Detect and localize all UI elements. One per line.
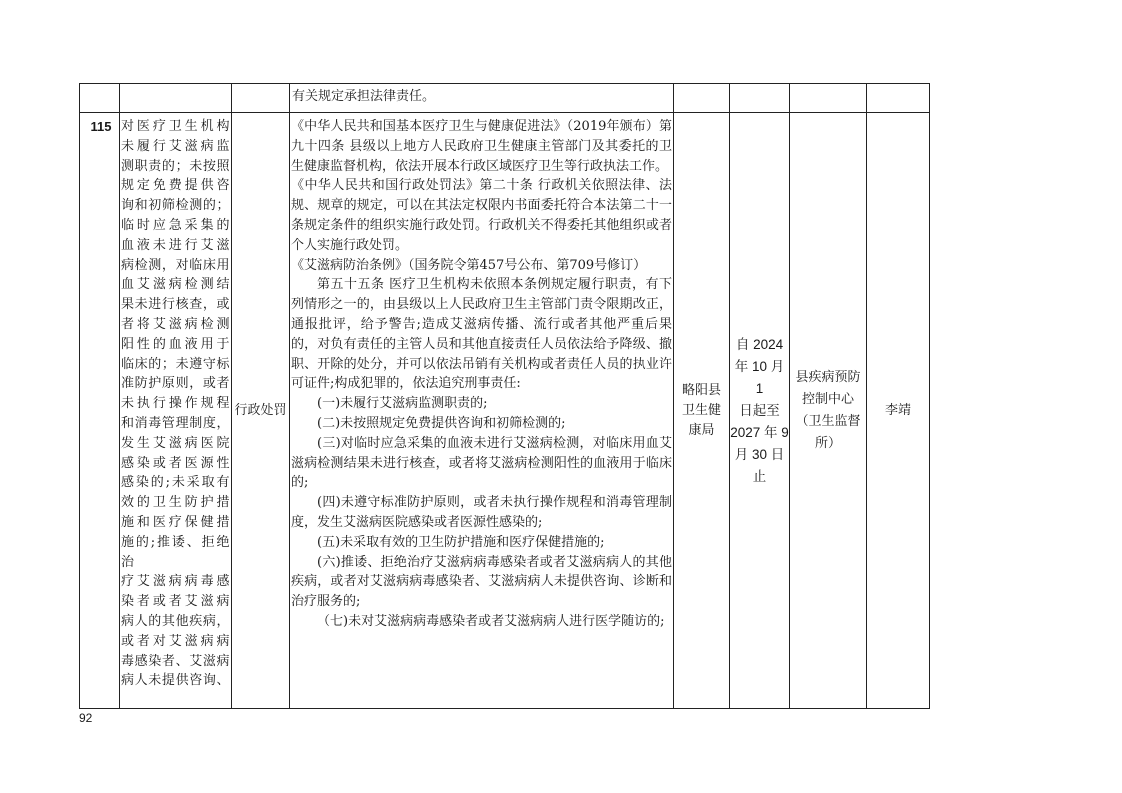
authority-line: 略阳县 — [682, 381, 721, 401]
entrusted-line: 县疾病预防 — [795, 367, 860, 389]
violation-matter: 对医疗卫生机构未履行艾滋病监测职责的；未按照规定免费提供咨询和初筛检测的；临时应… — [121, 117, 230, 691]
matter-line: 病检测，对临床用 — [121, 256, 230, 276]
period-line: 自 2024 — [730, 334, 789, 356]
matter-line: 染者或者艾滋病 — [121, 592, 230, 612]
row-index: 115 — [83, 117, 119, 137]
contact-cell: 李靖 — [867, 113, 929, 709]
period-line: 2027 年 9 — [730, 422, 789, 444]
period-line: 日起至 — [730, 400, 789, 422]
law-paragraph: （七)未对艾滋病病毒感染者或者艾滋病病人进行医学随访的; — [291, 612, 672, 632]
matter-line: 感染的;未采取有 — [121, 473, 230, 493]
entrusted-cell: 县疾病预防控制中心（卫生监督所） — [790, 113, 866, 709]
matter-line: 准防护原则，或者 — [121, 374, 230, 394]
matter-line: 和消毒管理制度， — [121, 414, 230, 434]
matter-line: 或者对艾滋病病 — [121, 632, 230, 652]
matter-line: 疗艾滋病病毒感 — [121, 572, 230, 592]
col-divider — [289, 84, 290, 708]
period-line: 月 30 日 — [730, 444, 789, 466]
matter-line: 测职责的；未按照 — [121, 157, 230, 177]
authority-line: 卫生健 — [682, 401, 721, 421]
matter-line: 者将艾滋病检测 — [121, 315, 230, 335]
matter-line: 阳性的血液用于 — [121, 335, 230, 355]
period-line: 止 — [730, 466, 789, 488]
matter-line: 规定免费提供咨 — [121, 176, 230, 196]
matter-line: 发生艾滋病医院 — [121, 434, 230, 454]
period-line: 年 10 月 1 — [730, 356, 789, 400]
matter-line: 毒感染者、艾滋病 — [121, 652, 230, 672]
col-divider — [119, 84, 120, 708]
matter-line: 施的;推诿、拒绝治 — [121, 533, 230, 573]
entrusted-line: （卫生监督 — [795, 411, 860, 433]
law-paragraph: (一)未履行艾滋病监测职责的; — [291, 394, 672, 414]
authority-cell: 略阳县卫生健康局 — [674, 113, 729, 709]
authority-line: 康局 — [682, 421, 721, 441]
category-cell: 行政处罚 — [232, 113, 289, 709]
matter-line: 感染或者医源性 — [121, 454, 230, 474]
matter-line: 效的卫生防护措 — [121, 493, 230, 513]
matter-line: 病人未提供咨询、 — [121, 671, 230, 691]
law-paragraph: 《中华人民共和国行政处罚法》第二十条 行政机关依照法律、法规、规章的规定，可以在… — [291, 176, 672, 255]
contact-person: 李靖 — [885, 401, 911, 421]
page-number: 92 — [79, 711, 92, 725]
matter-line: 临床的；未遵守标 — [121, 355, 230, 375]
matter-line: 未履行艾滋病监 — [121, 137, 230, 157]
law-paragraph: (三)对临时应急采集的血液未进行艾滋病检测，对临床用血艾滋病检测结果未进行核查，… — [291, 434, 672, 493]
law-paragraph: (二)未按照规定免费提供咨询和初筛检测的; — [291, 414, 672, 434]
matter-line: 临时应急采集的 — [121, 216, 230, 236]
legal-basis: 《中华人民共和国基本医疗卫生与健康促进法》（2019年颁布）第九十四条 县级以上… — [291, 117, 672, 632]
regulation-table: 有关规定承担法律责任。 115 对医疗卫生机构未履行艾滋病监测职责的；未按照规定… — [79, 83, 930, 709]
prev-row-law-text: 有关规定承担法律责任。 — [292, 87, 672, 107]
law-paragraph: 第五十五条 医疗卫生机构未依照本条例规定履行职责，有下列情形之一的，由县级以上人… — [291, 275, 672, 394]
matter-line: 血液未进行艾滋 — [121, 236, 230, 256]
matter-line: 询和初筛检测的； — [121, 196, 230, 216]
entrusted-line: 控制中心 — [795, 389, 860, 411]
validity-period: 自 2024年 10 月 1日起至2027 年 9月 30 日止 — [730, 334, 789, 488]
matter-line: 果未进行核查，或 — [121, 295, 230, 315]
law-paragraph: 《艾滋病防治条例》（国务院令第457号公布、第709号修订） — [291, 256, 672, 276]
matter-line: 病人的其他疾病， — [121, 612, 230, 632]
category-label: 行政处罚 — [234, 401, 286, 421]
period-cell: 自 2024年 10 月 1日起至2027 年 9月 30 日止 — [730, 113, 789, 709]
entrusted-line: 所） — [795, 433, 860, 455]
law-paragraph: 《中华人民共和国基本医疗卫生与健康促进法》（2019年颁布）第九十四条 县级以上… — [291, 117, 672, 176]
matter-line: 施和医疗保健措 — [121, 513, 230, 533]
enforcement-authority: 略阳县卫生健康局 — [682, 381, 721, 440]
matter-line: 未执行操作规程 — [121, 394, 230, 414]
matter-line: 血艾滋病检测结 — [121, 275, 230, 295]
matter-line: 对医疗卫生机构 — [121, 117, 230, 137]
entrusted-organization: 县疾病预防控制中心（卫生监督所） — [795, 367, 860, 455]
law-paragraph: (六)推诿、拒绝治疗艾滋病病毒感染者或者艾滋病病人的其他疾病，或者对艾滋病病毒感… — [291, 553, 672, 612]
law-paragraph: (五)未采取有效的卫生防护措施和医疗保健措施的; — [291, 533, 672, 553]
law-paragraph: (四)未遵守标准防护原则，或者未执行操作规程和消毒管理制度，发生艾滋病医院感染或… — [291, 493, 672, 533]
